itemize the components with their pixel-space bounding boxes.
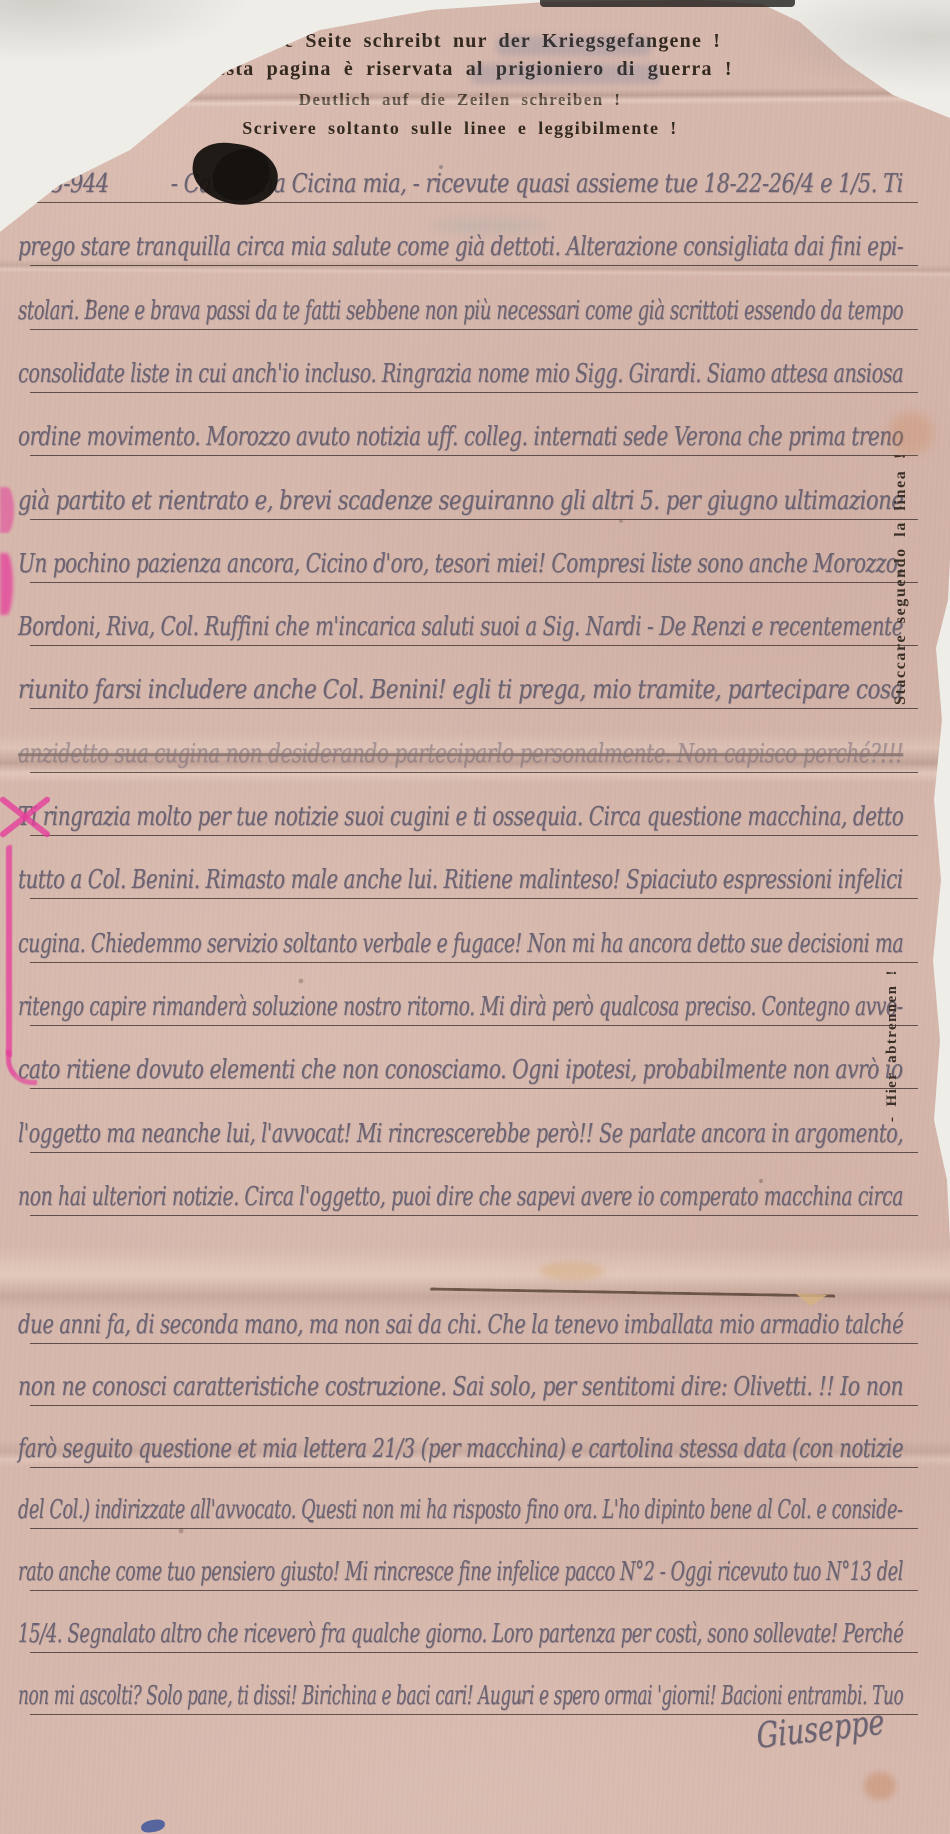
censor-pink-bracket-hook [6,1050,37,1085]
letter-line-text: l'oggetto ma neanche lui, l'avvocat! Mi … [18,1119,903,1152]
paper-specks [0,0,2,2]
letter-line: rato anche come tuo pensiero giusto! Mi … [30,1532,918,1591]
tear-note-german: - Hier abtrennen ! [884,884,901,1122]
letter-line-text: del Col.) indirizzate all'avvocato. Ques… [18,1495,903,1528]
letter-line: cugina. Chiedemmo servizio soltanto verb… [30,904,918,963]
paper-edge-shadow [540,0,795,7]
letter-line: prego stare tranquilla circa mia salute … [30,207,918,266]
letter-line: stolari. Bene e brava passi da te fatti … [30,271,918,330]
letter-line-text: 18-5-944 - Carissima Cicina mia, - ricev… [18,169,903,202]
tear-note-italian: Staccare seguendo la linea ! [892,383,910,705]
letter-line-text: ordine movimento. Morozzo avuto notizia … [18,422,903,455]
letter-line-text: Un pochino pazienza ancora, Cicino d'oro… [18,549,903,582]
letter-line-text: non mi ascolti? Solo pane, ti dissi! Bir… [18,1681,903,1714]
letter-line-text: prego stare tranquilla circa mia salute … [18,232,903,265]
censor-pink-smudge [0,553,13,615]
header-line-german-2: Deutlich auf die Zeilen schreiben ! [0,90,920,110]
paper-sheet: Auf diese Seite schreibt nur der Kriegsg… [0,0,950,1834]
letter-line: riunito farsi includere anche Col. Benin… [30,650,918,709]
scanned-letter-page: Auf diese Seite schreibt nur der Kriegsg… [0,0,950,1834]
letter-line: non ne conosci caratteristiche costruzio… [30,1347,918,1406]
letter-line-text: consolidate liste in cui anch'io incluso… [18,359,903,392]
ink-smudge [470,64,662,84]
letter-line-text: già partito et rientrato e, brevi scaden… [18,486,903,519]
letter-line: non hai ulteriori notizie. Circa l'ogget… [30,1157,918,1216]
letter-line-text: rato anche come tuo pensiero giusto! Mi … [18,1557,903,1590]
letter-line-text: Bordoni, Riva, Col. Ruffini che m'incari… [18,612,903,645]
letter-line: del Col.) indirizzate all'avvocato. Ques… [30,1470,918,1529]
censor-pink-smudge [0,487,14,533]
letter-line: ordine movimento. Morozzo avuto notizia … [30,397,918,456]
letter-line-text: 15/4. Segnalato altro che riceverò fra q… [18,1619,903,1652]
letter-line-text: ritengo capire rimanderà soluzione nostr… [18,992,903,1025]
letter-line: già partito et rientrato e, brevi scaden… [30,461,918,520]
letter-line-text: tutto a Col. Benini. Rimasto male anche … [18,865,903,898]
letter-line-text: riunito farsi includere anche Col. Benin… [18,675,903,708]
letter-line-text: cato ritiene dovuto elementi che non con… [18,1055,903,1088]
letter-line-text: farò seguito questione et mia lettera 21… [18,1434,903,1467]
blue-ink-mark [140,1818,165,1833]
header-line-italian-1: Questa pagina è riservata al prigioniero… [0,58,920,81]
letter-line: non mi ascolti? Solo pane, ti dissi! Bir… [30,1656,918,1715]
stain [864,1772,896,1800]
letter-line: consolidate liste in cui anch'io incluso… [30,334,918,393]
letter-line: l'oggetto ma neanche lui, l'avvocat! Mi … [30,1094,918,1153]
letter-line: due anni fa, di seconda mano, ma non sai… [30,1285,918,1344]
letter-line: anzidetto sua cugina non desiderando par… [30,714,918,773]
letter-line-text: anzidetto sua cugina non desiderando par… [18,739,903,772]
letter-line-text: non ne conosci caratteristiche costruzio… [18,1372,903,1405]
letter-line: tutto a Col. Benini. Rimasto male anche … [30,840,918,899]
letter-line: farò seguito questione et mia lettera 21… [30,1409,918,1468]
letter-line-text: due anni fa, di seconda mano, ma non sai… [18,1310,903,1343]
printed-header: Auf diese Seite schreibt nur der Kriegsg… [0,26,920,139]
ink-smudge [496,36,652,56]
letter-line: Bordoni, Riva, Col. Ruffini che m'incari… [30,587,918,646]
letter-line: Ti ringrazia molto per tue notizie suoi … [30,777,918,836]
header-line-german-1: Auf diese Seite schreibt nur der Kriegsg… [0,30,920,53]
letter-line: cato ritiene dovuto elementi che non con… [30,1030,918,1089]
letter-line: 18-5-944 - Carissima Cicina mia, - ricev… [30,144,918,203]
header-line-italian-2: Scrivere soltanto sulle linee e leggibil… [0,118,920,139]
letter-line: ritengo capire rimanderà soluzione nostr… [30,967,918,1026]
censor-pink-bracket [6,845,22,1057]
letter-line-text: Ti ringrazia molto per tue notizie suoi … [18,802,903,835]
letter-line-text: stolari. Bene e brava passi da te fatti … [18,296,903,329]
letter-line-text: cugina. Chiedemmo servizio soltanto verb… [18,929,903,962]
letter-line: Un pochino pazienza ancora, Cicino d'oro… [30,524,918,583]
letter-line: 15/4. Segnalato altro che riceverò fra q… [30,1594,918,1653]
letter-line-text: non hai ulteriori notizie. Circa l'ogget… [18,1182,903,1215]
